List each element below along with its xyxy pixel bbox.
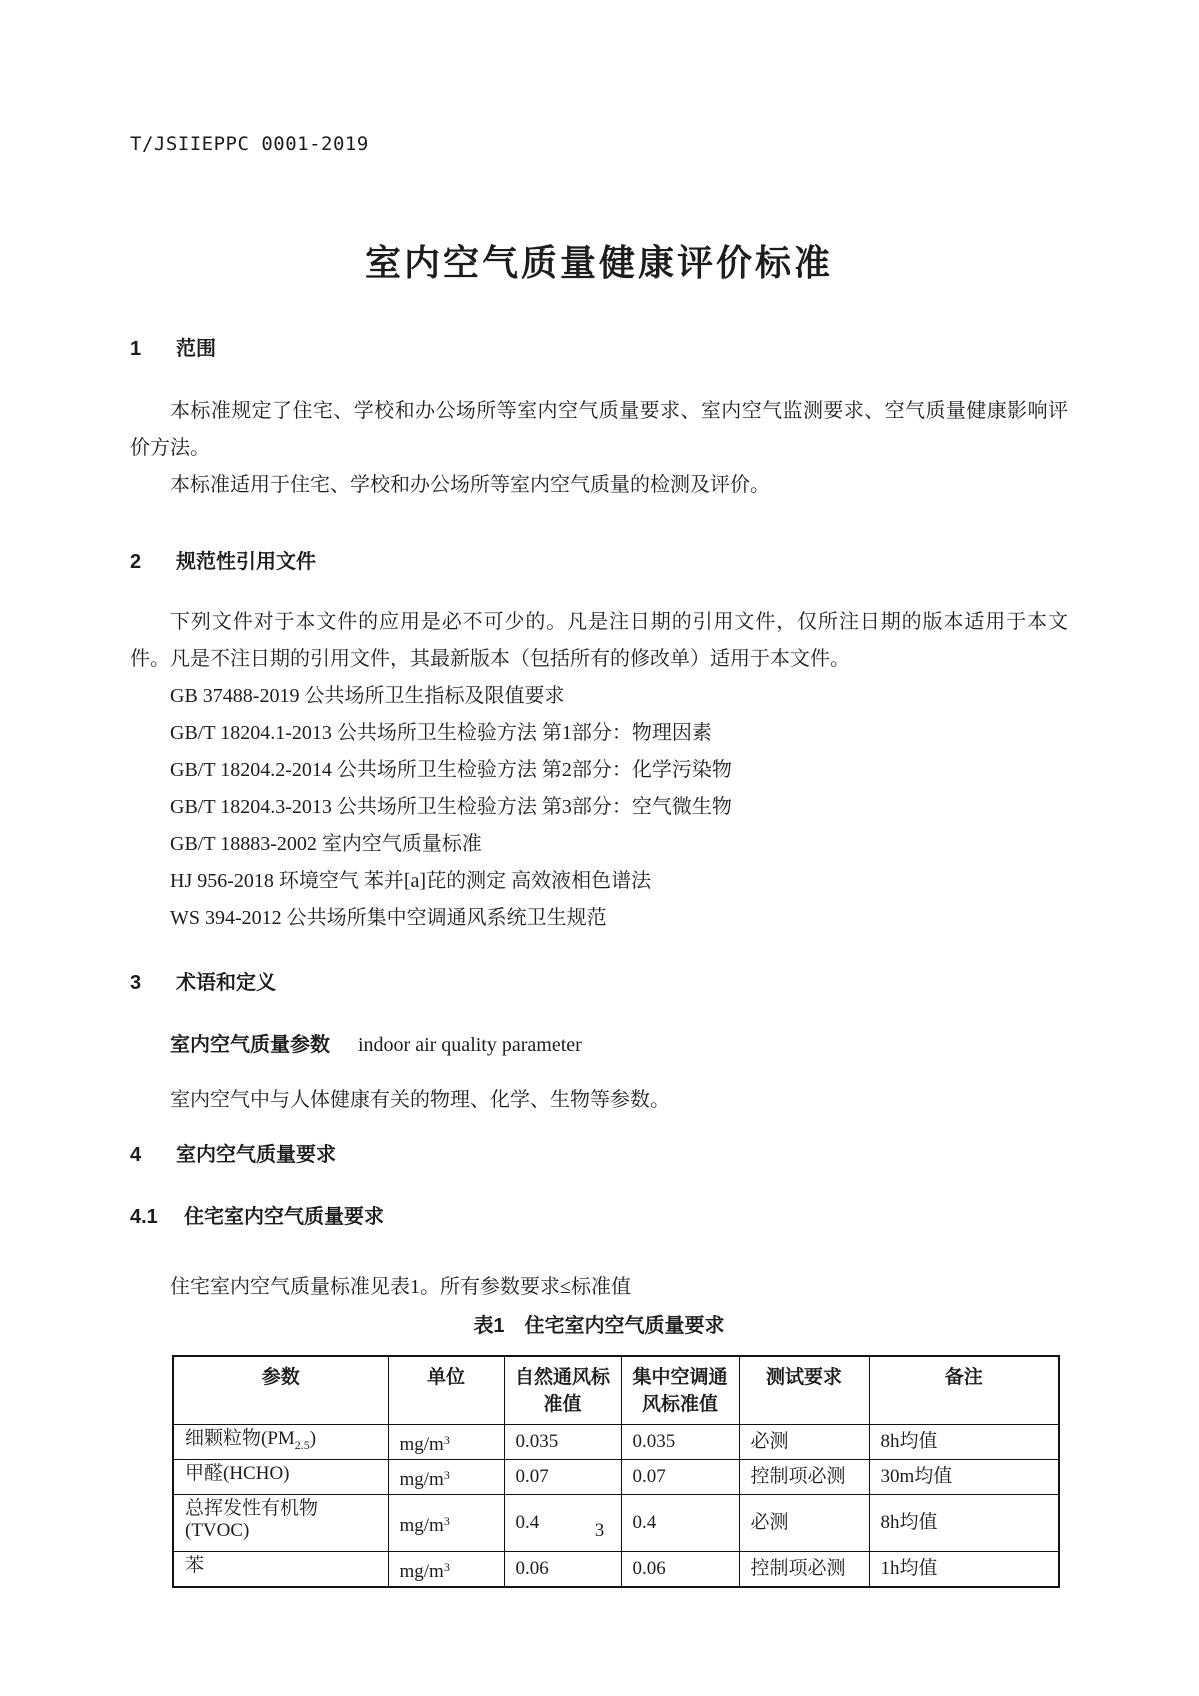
section-3-number: 3 [130, 971, 154, 995]
section-4-1-number: 4.1 [130, 1205, 166, 1229]
cell-hvac-value: 0.06 [621, 1552, 739, 1588]
cell-natural-value: 0.07 [504, 1460, 621, 1495]
table-1-header: 参数 单位 自然通风标准值 集中空调通风标准值 测试要求 备注 [173, 1356, 1059, 1425]
cell-natural-value: 0.035 [504, 1425, 621, 1460]
cell-hvac-value: 0.035 [621, 1425, 739, 1460]
column-header-test-requirement: 测试要求 [739, 1356, 869, 1425]
section-2-heading: 2规范性引用文件 [130, 550, 1068, 574]
cell-remark: 1h均值 [869, 1552, 1059, 1588]
unit-superscript: 3 [444, 1560, 450, 1574]
column-header-natural-ventilation: 自然通风标准值 [504, 1356, 621, 1425]
cell-test-requirement: 必测 [739, 1425, 869, 1460]
cell-parameter: 甲醛(HCHO) [173, 1460, 388, 1495]
parameter-text: 苯 [185, 1555, 204, 1576]
cell-remark: 30m均值 [869, 1460, 1059, 1495]
scope-paragraph-2: 本标准适用于住宅、学校和办公场所等室内空气质量的检测及评价。 [130, 467, 1068, 504]
unit-superscript: 3 [444, 1468, 450, 1482]
column-header-parameter: 参数 [173, 1356, 388, 1425]
section-2-title: 规范性引用文件 [176, 551, 316, 573]
cell-hvac-value: 0.07 [621, 1460, 739, 1495]
section-4-number: 4 [130, 1143, 154, 1167]
table-1-body: 细颗粒物(PM2.5) mg/m3 0.035 0.035 必测 8h均值 甲醛… [173, 1425, 1059, 1588]
cell-natural-value: 0.06 [504, 1552, 621, 1588]
term-chinese: 室内空气质量参数 [170, 1034, 330, 1056]
section-4-title: 室内空气质量要求 [176, 1144, 336, 1166]
table-row: 甲醛(HCHO) mg/m3 0.07 0.07 控制项必测 30m均值 [173, 1460, 1059, 1495]
section-1-heading: 1范围 [130, 337, 1068, 361]
term-entry: 室内空气质量参数indoor air quality parameter [130, 1033, 1068, 1058]
cell-unit: mg/m3 [388, 1425, 504, 1460]
unit-text: mg/m [400, 1434, 444, 1455]
table-header-row: 参数 单位 自然通风标准值 集中空调通风标准值 测试要求 备注 [173, 1356, 1059, 1425]
reference-item: GB/T 18204.3-2013 公共场所卫生检验方法 第3部分：空气微生物 [130, 789, 1068, 826]
term-english: indoor air quality parameter [358, 1034, 582, 1056]
cell-parameter: 细颗粒物(PM2.5) [173, 1425, 388, 1460]
page-number: 3 [0, 1520, 1199, 1542]
scope-paragraph-1: 本标准规定了住宅、学校和办公场所等室内空气质量要求、室内空气监测要求、空气质量健… [130, 393, 1068, 467]
column-header-unit: 单位 [388, 1356, 504, 1425]
table-row: 苯 mg/m3 0.06 0.06 控制项必测 1h均值 [173, 1552, 1059, 1588]
cell-remark: 8h均值 [869, 1425, 1059, 1460]
cell-parameter: 苯 [173, 1552, 388, 1588]
parameter-text: 细颗粒物(PM [185, 1428, 295, 1449]
section-4-1-heading: 4.1住宅室内空气质量要求 [130, 1205, 1068, 1229]
table-1-caption: 表1 住宅室内空气质量要求 [130, 1314, 1068, 1338]
table-1: 参数 单位 自然通风标准值 集中空调通风标准值 测试要求 备注 细颗粒物(PM2… [172, 1355, 1060, 1588]
reference-item: GB 37488-2019 公共场所卫生指标及限值要求 [130, 678, 1068, 715]
cell-unit: mg/m3 [388, 1552, 504, 1588]
document-title: 室内空气质量健康评价标准 [130, 241, 1068, 285]
unit-superscript: 3 [444, 1433, 450, 1447]
unit-text: mg/m [400, 1561, 444, 1582]
section-3-title: 术语和定义 [176, 972, 276, 994]
column-header-remark: 备注 [869, 1356, 1059, 1425]
parameter-text-end: ) [310, 1428, 316, 1449]
references-list: GB 37488-2019 公共场所卫生指标及限值要求 GB/T 18204.1… [130, 678, 1068, 937]
section-1-number: 1 [130, 337, 154, 361]
reference-item: HJ 956-2018 环境空气 苯并[a]芘的测定 高效液相色谱法 [130, 863, 1068, 900]
standard-code: T/JSIIEPPC 0001-2019 [130, 133, 1068, 155]
column-header-central-hvac: 集中空调通风标准值 [621, 1356, 739, 1425]
references-intro: 下列文件对于本文件的应用是必不可少的。凡是注日期的引用文件，仅所注日期的版本适用… [130, 604, 1068, 678]
reference-item: GB/T 18204.2-2014 公共场所卫生检验方法 第2部分：化学污染物 [130, 752, 1068, 789]
document-page: T/JSIIEPPC 0001-2019 室内空气质量健康评价标准 1范围 本标… [0, 0, 1199, 1696]
parameter-subscript: 2.5 [295, 1438, 310, 1452]
parameter-text: 甲醛(HCHO) [185, 1463, 290, 1484]
section-4-heading: 4室内空气质量要求 [130, 1143, 1068, 1167]
section-2-number: 2 [130, 550, 154, 574]
reference-item: WS 394-2012 公共场所集中空调通风系统卫生规范 [130, 900, 1068, 937]
table-intro-paragraph: 住宅室内空气质量标准见表1。所有参数要求≤标准值 [130, 1269, 1068, 1306]
unit-text: mg/m [400, 1469, 444, 1490]
cell-test-requirement: 控制项必测 [739, 1552, 869, 1588]
document-content: T/JSIIEPPC 0001-2019 室内空气质量健康评价标准 1范围 本标… [130, 0, 1068, 1588]
term-definition: 室内空气中与人体健康有关的物理、化学、生物等参数。 [130, 1082, 1068, 1119]
reference-item: GB/T 18883-2002 室内空气质量标准 [130, 826, 1068, 863]
cell-unit: mg/m3 [388, 1460, 504, 1495]
table-row: 细颗粒物(PM2.5) mg/m3 0.035 0.035 必测 8h均值 [173, 1425, 1059, 1460]
section-4-1-title: 住宅室内空气质量要求 [184, 1206, 384, 1228]
reference-item: GB/T 18204.1-2013 公共场所卫生检验方法 第1部分：物理因素 [130, 715, 1068, 752]
cell-test-requirement: 控制项必测 [739, 1460, 869, 1495]
section-1-title: 范围 [176, 338, 216, 360]
section-3-heading: 3术语和定义 [130, 971, 1068, 995]
